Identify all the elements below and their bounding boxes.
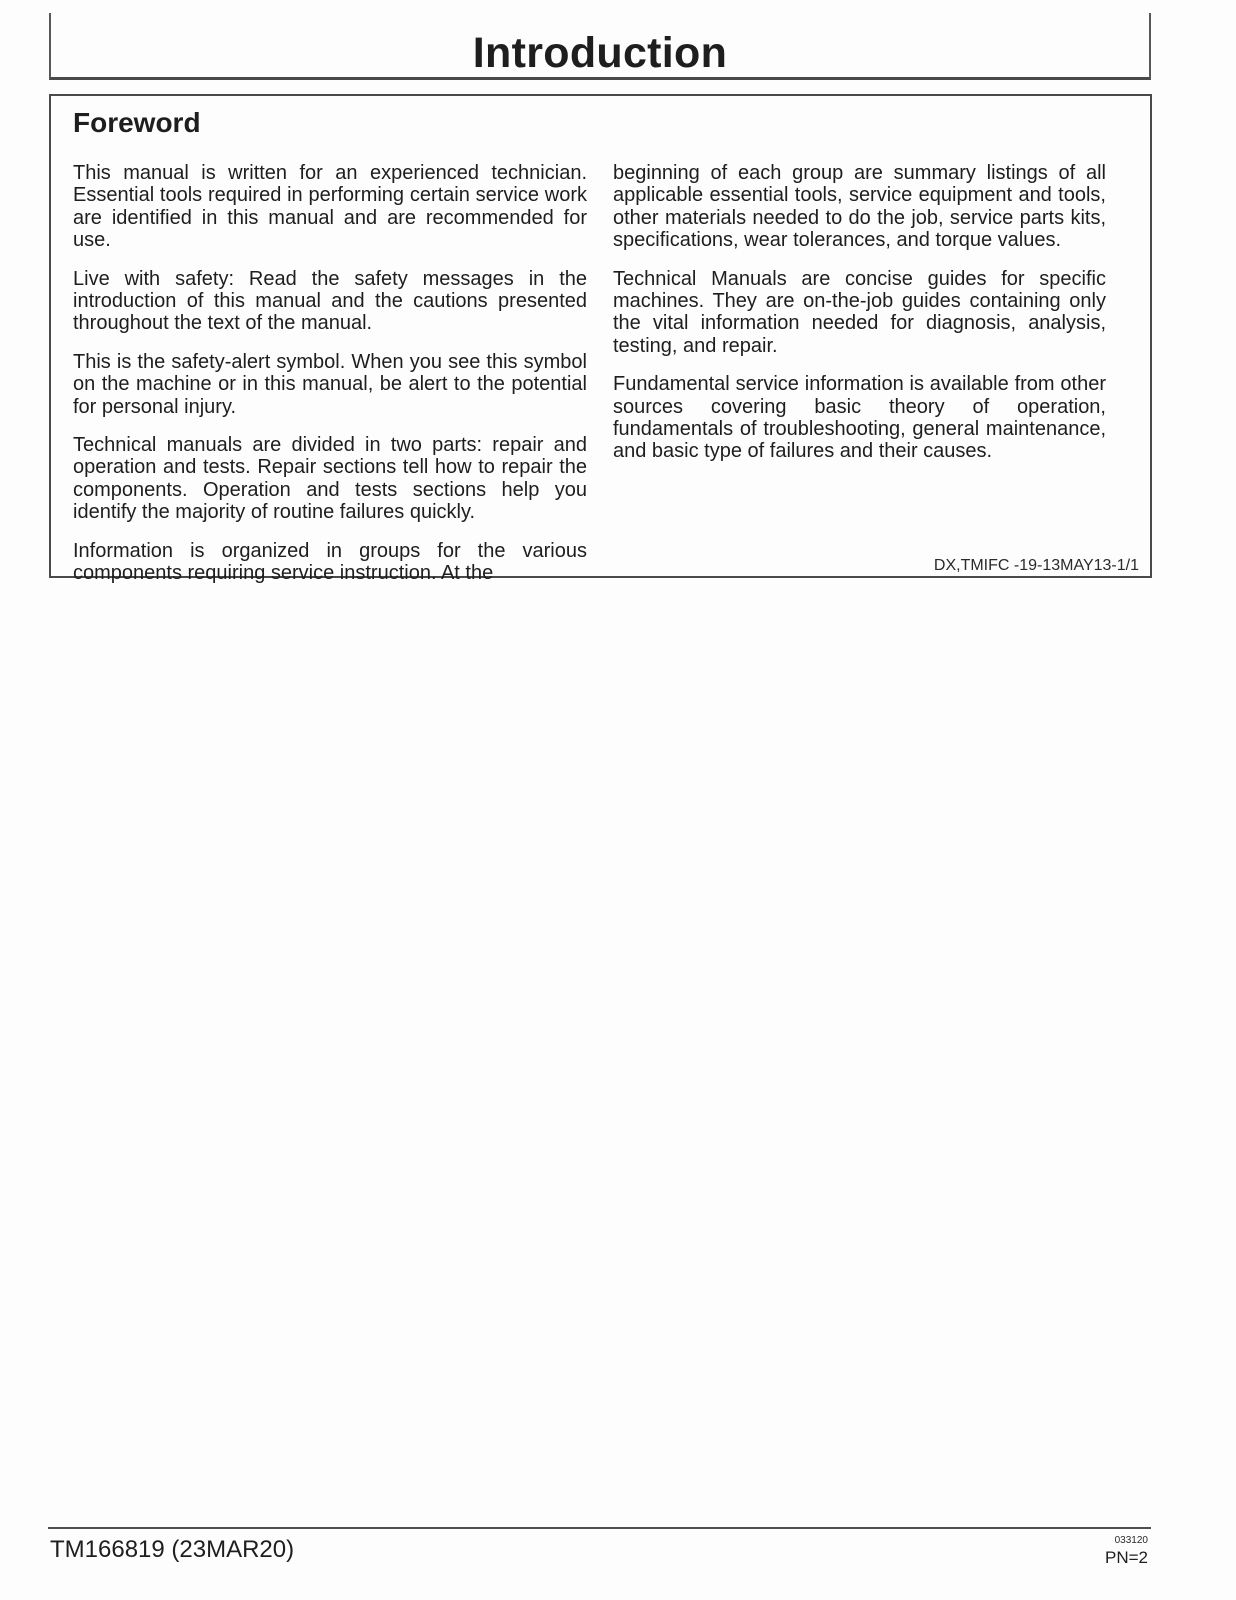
page-number: PN=2 <box>1105 1548 1148 1568</box>
paragraph: Fundamental service information is avail… <box>613 373 1106 463</box>
paragraph: Live with safety: Read the safety messag… <box>73 268 587 335</box>
left-column: This manual is written for an experience… <box>73 162 587 601</box>
paragraph: beginning of each group are summary list… <box>613 162 1106 252</box>
paragraph: This is the safety-alert symbol. When yo… <box>73 351 587 418</box>
footer-right-block: 033120 PN=2 <box>1105 1535 1148 1568</box>
paragraph: This manual is written for an experience… <box>73 162 587 252</box>
print-code: 033120 <box>1115 1535 1148 1546</box>
paragraph: Technical Manuals are concise guides for… <box>613 268 1106 358</box>
paragraph: Technical manuals are divided in two par… <box>73 434 587 524</box>
foreword-section: Foreword This manual is written for an e… <box>49 94 1152 578</box>
manual-page: Introduction Foreword This manual is wri… <box>0 0 1236 1600</box>
right-column: beginning of each group are summary list… <box>613 162 1106 601</box>
revision-code: DX,TMIFC -19-13MAY13-1/1 <box>934 557 1139 575</box>
paragraph: Information is organized in groups for t… <box>73 540 587 585</box>
text-columns: This manual is written for an experience… <box>73 162 1106 601</box>
manual-number: TM166819 (23MAR20) <box>50 1536 294 1564</box>
page-title: Introduction <box>473 32 727 75</box>
section-heading: Foreword <box>73 109 201 137</box>
page-header-box: Introduction <box>49 13 1151 80</box>
footer-divider <box>48 1527 1151 1529</box>
